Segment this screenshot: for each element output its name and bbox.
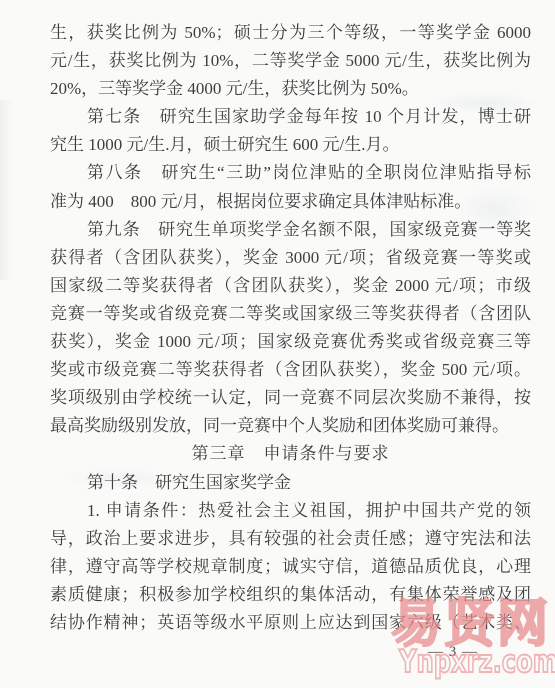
text-line: 获奖），奖金 1000 元/项；国家级竞赛优秀奖或省级竞赛三等: [50, 328, 531, 356]
text-line: 最高奖励级别发放，同一竞赛中个人奖励和团体奖励可兼得。: [50, 412, 531, 440]
text-line: 结协作精神；英语等级水平原则上应达到国家六级（艺术类、: [50, 609, 531, 637]
scan-artifact: [0, 100, 14, 280]
text-line: 第十条 研究生国家奖学金: [50, 469, 531, 497]
page-number: — 3 —: [420, 644, 486, 661]
text-line: 第八条 研究生“三助”岗位津贴的全职岗位津贴指导标: [50, 159, 531, 187]
text-line: 生，获奖比例为 50%；硕士分为三个等级，一等奖学金 6000: [50, 19, 531, 47]
text-line: 20%，三等奖学金 4000 元/生，获奖比例为 50%。: [50, 75, 531, 103]
text-line: 律，遵守高等学校规章制度；诚实守信，道德品质优良，心理: [50, 553, 531, 581]
text-line: 第三章 申请条件与要求: [50, 440, 531, 468]
text-line: 导，政治上要求进步，具有较强的社会责任感；遵守宪法和法: [50, 525, 531, 553]
text-line: 素质健康；积极参加学校组织的集体活动，有集体荣誉感及团: [50, 581, 531, 609]
text-line: 元/生，获奖比例为 10%，二等奖学金 5000 元/生，获奖比例为: [50, 47, 531, 75]
text-line: 奖项级别由学校统一认定，同一竞赛不同层次奖励不兼得，按: [50, 384, 531, 412]
text-line: 竞赛一等奖或省级竞赛二等奖或国家级三等奖获得者（含团队: [50, 300, 531, 328]
text-line: 1. 申请条件：热爱社会主义祖国，拥护中国共产党的领: [50, 497, 531, 525]
text-line: 国家级二等奖获得者（含团队获奖），奖金 2000 元/项；市级: [50, 272, 531, 300]
document-body: 生，获奖比例为 50%；硕士分为三个等级，一等奖学金 6000元/生，获奖比例为…: [50, 19, 531, 637]
text-line: 准为 400 800 元/月，根据岗位要求确定具体津贴标准。: [50, 188, 531, 216]
scanned-document-page: 生，获奖比例为 50%；硕士分为三个等级，一等奖学金 6000元/生，获奖比例为…: [0, 0, 555, 688]
text-line: 获得者（含团队获奖），奖金 3000 元/项；省级竞赛一等奖或: [50, 244, 531, 272]
text-line: 奖或市级竞赛二等奖获得者（含团队获奖），奖金 500 元/项。: [50, 356, 531, 384]
text-line: 第九条 研究生单项奖学金名额不限，国家级竞赛一等奖: [50, 216, 531, 244]
text-line: 究生 1000 元/生.月，硕士研究生 600 元/生.月。: [50, 131, 531, 159]
text-line: 第七条 研究生国家助学金每年按 10 个月计发，博士研: [50, 103, 531, 131]
